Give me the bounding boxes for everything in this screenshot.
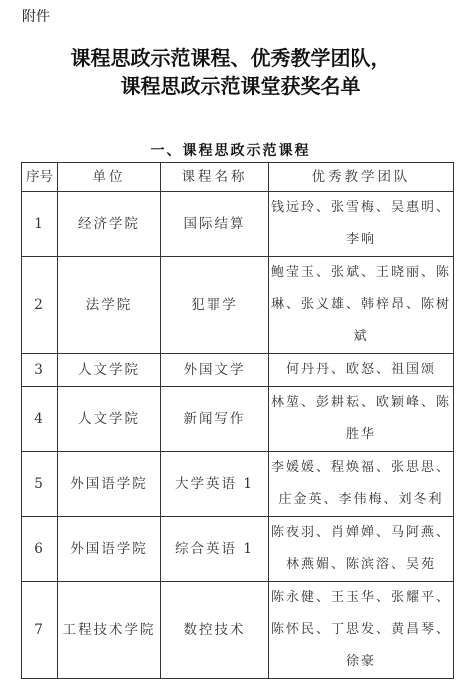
- table-row: 2 法学院 犯罪学 鲍莹玉、张斌、王晓丽、陈琳、张义雄、韩梓昂、陈树斌: [22, 257, 454, 354]
- row-course: 数控技术: [161, 582, 269, 679]
- document-title: 课程思政示范课程、优秀教学团队， 课程思政示范课堂获奖名单: [0, 44, 461, 100]
- document-title-line-1: 课程思政示范课程、优秀教学团队，: [71, 46, 391, 70]
- table-header-row: 序号 单位 课程名称 优秀教学团队: [22, 163, 454, 192]
- table-row: 6 外国语学院 综合英语 1 陈夜羽、肖婵婵、马阿燕、林燕媚、陈滨溶、吴苑: [22, 517, 454, 582]
- row-course: 综合英语 1: [161, 517, 269, 582]
- row-unit: 工程技术学院: [58, 582, 161, 679]
- row-course: 犯罪学: [161, 257, 269, 354]
- row-number: 7: [22, 582, 58, 679]
- row-team: 林堃、彭耕耘、欧颖峰、陈胜华: [269, 387, 454, 452]
- awards-table: 序号 单位 课程名称 优秀教学团队 1 经济学院 国际结算 钱远玲、张雪梅、吴惠…: [21, 162, 454, 679]
- row-team: 陈夜羽、肖婵婵、马阿燕、林燕媚、陈滨溶、吴苑: [269, 517, 454, 582]
- attachment-label: 附件: [22, 6, 50, 26]
- row-number: 5: [22, 452, 58, 517]
- row-course: 新闻写作: [161, 387, 269, 452]
- row-unit: 外国语学院: [58, 517, 161, 582]
- row-team: 李媛媛、程焕福、张思思、庄金英、李伟梅、刘冬利: [269, 452, 454, 517]
- table-row: 7 工程技术学院 数控技术 陈永健、王玉华、张耀平、陈怀民、丁思发、黄昌琴、徐豪: [22, 582, 454, 679]
- row-team: 陈永健、王玉华、张耀平、陈怀民、丁思发、黄昌琴、徐豪: [269, 582, 454, 679]
- header-teaching-team: 优秀教学团队: [269, 163, 454, 192]
- row-number: 1: [22, 192, 58, 257]
- row-unit: 人文学院: [58, 354, 161, 387]
- table-row: 1 经济学院 国际结算 钱远玲、张雪梅、吴惠明、李响: [22, 192, 454, 257]
- row-number: 6: [22, 517, 58, 582]
- table-row: 5 外国语学院 大学英语 1 李媛媛、程焕福、张思思、庄金英、李伟梅、刘冬利: [22, 452, 454, 517]
- section-title: 一、课程思政示范课程: [0, 140, 461, 160]
- row-unit: 外国语学院: [58, 452, 161, 517]
- row-unit: 经济学院: [58, 192, 161, 257]
- header-number: 序号: [22, 163, 58, 192]
- table-row: 4 人文学院 新闻写作 林堃、彭耕耘、欧颖峰、陈胜华: [22, 387, 454, 452]
- row-course: 大学英语 1: [161, 452, 269, 517]
- row-team: 何丹丹、欧怒、祖国颂: [269, 354, 454, 387]
- row-team: 钱远玲、张雪梅、吴惠明、李响: [269, 192, 454, 257]
- row-course: 外国文学: [161, 354, 269, 387]
- row-number: 4: [22, 387, 58, 452]
- row-unit: 人文学院: [58, 387, 161, 452]
- document-title-line-2: 课程思政示范课堂获奖名单: [0, 72, 461, 100]
- table-row: 3 人文学院 外国文学 何丹丹、欧怒、祖国颂: [22, 354, 454, 387]
- row-number: 3: [22, 354, 58, 387]
- header-unit: 单位: [58, 163, 161, 192]
- row-team: 鲍莹玉、张斌、王晓丽、陈琳、张义雄、韩梓昂、陈树斌: [269, 257, 454, 354]
- row-number: 2: [22, 257, 58, 354]
- row-course: 国际结算: [161, 192, 269, 257]
- row-unit: 法学院: [58, 257, 161, 354]
- header-course-name: 课程名称: [161, 163, 269, 192]
